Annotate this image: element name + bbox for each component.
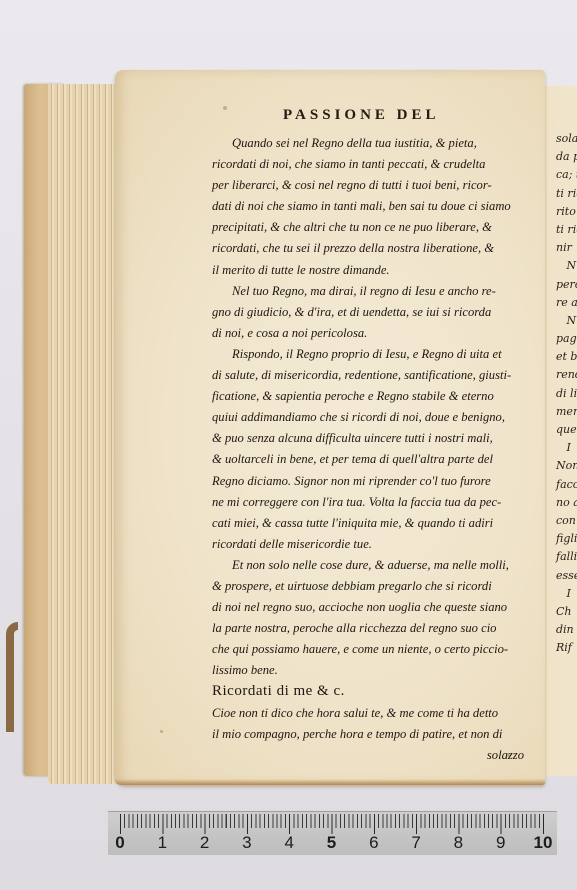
page-block-edges <box>48 84 120 784</box>
right-page-fragment: esser <box>556 567 577 585</box>
ruler-label: 4 <box>284 833 293 853</box>
right-page-fragment: di li <box>556 385 577 403</box>
ruler-label: 5 <box>327 833 336 853</box>
text-line: di noi nel regno suo, acciochе non uogli… <box>212 597 532 618</box>
text-line: ricordati di noi, che siamo in tanti pec… <box>212 154 532 175</box>
text-line: & uoltarceli in bene, et per tema di que… <box>212 449 532 470</box>
ruler-label: 7 <box>411 833 420 853</box>
text-line: la parte nostra, peroche alla ricchezza … <box>212 618 532 639</box>
ruler-label: 9 <box>496 833 505 853</box>
ruler-label: 2 <box>200 833 209 853</box>
text-line: Et non solo nelle cose dure, & aduerse, … <box>212 555 532 576</box>
ruler-label: 6 <box>369 833 378 853</box>
text-line: Quando sei nel Regno della tua iustitia,… <box>212 133 532 154</box>
right-page-fragment: N <box>556 312 577 330</box>
right-page-fragment: I <box>556 439 577 457</box>
scale-ruler: 012345678910 <box>108 811 557 855</box>
text-line: Regno diciamo. Signor non mi riprender c… <box>212 471 532 492</box>
section-heading: Ricordati di me & c. <box>212 681 532 702</box>
right-page-fragment: con <box>556 512 577 530</box>
text-line: precipitati, & che altri che tu non ce n… <box>212 217 532 238</box>
right-page-fragment: N <box>556 257 577 275</box>
right-page-fragment: no a <box>556 494 577 512</box>
ruler-label: 3 <box>242 833 251 853</box>
text-line: ricordati, che tu sei il prezzo della no… <box>212 238 532 259</box>
text-line: cati miei, & cassa tutte l'iniquita mie,… <box>212 513 532 534</box>
text-line: ne mi correggere con l'ira tua. Volta la… <box>212 492 532 513</box>
right-page-fragment: rend <box>556 366 577 384</box>
text-line: Nel tuo Regno, ma dirai, il regno di Ies… <box>212 281 532 302</box>
text-line: che qui possiamo hauere, e come un nient… <box>212 639 532 660</box>
right-page-fragment: I <box>556 585 577 603</box>
text-line: di salute, di misericordia, redentione, … <box>212 365 532 386</box>
catchword: solazzo <box>212 745 532 766</box>
right-page-fragment: Rif <box>556 639 577 657</box>
text-line: & prospere, et uirtuose debbiam pregarlo… <box>212 576 532 597</box>
right-page-fragment: facci <box>556 476 577 494</box>
right-page-fragment: re al <box>556 294 577 312</box>
text-line: Rispondo, il Regno proprio di Iesu, e Re… <box>212 344 532 365</box>
text-line: il mio compagno, perche hora e tempo di … <box>212 724 532 745</box>
text-line: dati di noi che siamo in tanti mali, ben… <box>212 196 532 217</box>
right-page-fragment: mer <box>556 403 577 421</box>
ruler-label: 1 <box>158 833 167 853</box>
text-line: Cioe non ti dico che hora salui te, & me… <box>212 703 532 724</box>
text-line: ficatione, & sapientia peroche e Regno s… <box>212 386 532 407</box>
right-page-fragment: Non <box>556 457 577 475</box>
right-page-fragment: da p <box>556 148 577 166</box>
right-page-text: solada pca; tti ricrito pti ricnir Nperc… <box>556 130 577 657</box>
text-line: lissimo bene. <box>212 660 532 681</box>
right-page-fragment: rito p <box>556 203 577 221</box>
right-page-fragment: ti ric <box>556 185 577 203</box>
ruler-major-ticks <box>120 814 544 834</box>
ruler-label: 10 <box>534 833 553 853</box>
right-page-fragment: nir <box>556 239 577 257</box>
right-page-fragment: sola <box>556 130 577 148</box>
text-line: quiui addimandiamo che si ricordi di noi… <box>212 407 532 428</box>
page-text-block: Quando sei nel Regno della tua iustitia,… <box>212 133 532 766</box>
right-page-fragment: ca; t <box>556 166 577 184</box>
right-page-fragment: et bi <box>556 348 577 366</box>
right-page-fragment: ti ric <box>556 221 577 239</box>
running-head: PASSIONE DEL <box>283 107 440 124</box>
text-line: di noi, e cosa a noi pericolosa. <box>212 323 532 344</box>
right-page-fragment: perc <box>556 276 577 294</box>
right-page-fragment: Ch <box>556 603 577 621</box>
foxing-spot <box>160 730 163 733</box>
text-line: il merito di tutte le nostre dimande. <box>212 260 532 281</box>
bookmark-ribbon <box>6 622 18 732</box>
right-page-fragment: que <box>556 421 577 439</box>
text-line: gno di giudicio, & d'ira, et di uendetta… <box>212 302 532 323</box>
right-page-fragment: paga <box>556 330 577 348</box>
right-page-fragment: falli <box>556 548 577 566</box>
right-page-fragment: figli <box>556 530 577 548</box>
text-line: ricordati delle misericordie tue. <box>212 534 532 555</box>
foxing-spot <box>223 106 227 110</box>
right-page-fragment: din <box>556 621 577 639</box>
ruler-label: 8 <box>454 833 463 853</box>
text-line: per liberarci, & cosi nel regno di tutti… <box>212 175 532 196</box>
text-line: & puo senza alcuna difficulta uincere tu… <box>212 428 532 449</box>
ruler-label: 0 <box>115 833 124 853</box>
